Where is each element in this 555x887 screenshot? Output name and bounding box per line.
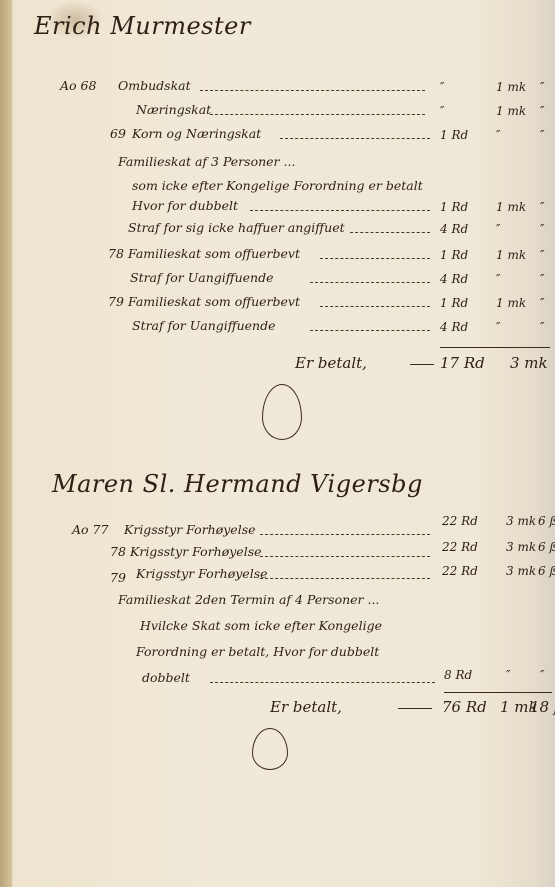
amount-sk: ″ xyxy=(540,104,544,118)
flourish-mark xyxy=(252,728,288,770)
entry-text: Straf for Uangiffuende xyxy=(132,320,276,333)
entry-text: Forordning er betalt, Hvor for dubbelt xyxy=(136,646,379,659)
amount-mk: 1 mk xyxy=(496,80,526,94)
leader-dots xyxy=(260,556,430,557)
amount-mk: ″ xyxy=(496,320,500,334)
leader-dots xyxy=(260,534,430,535)
amount-mk: ″ xyxy=(506,668,510,682)
total-equals xyxy=(398,708,432,709)
amount-rd: 22 Rd xyxy=(442,514,478,528)
entry-year: 69 xyxy=(110,128,126,141)
entry-year: 78 xyxy=(110,546,126,559)
amount-sk: 6 ß xyxy=(538,514,555,528)
amount-mk: 1 mk xyxy=(496,200,526,214)
total-rd: 17 Rd xyxy=(440,354,485,372)
entry-text: Krigsstyr Forhøyelse xyxy=(136,568,268,581)
total-rd: 76 Rd xyxy=(442,698,487,716)
amount-mk: 3 mk xyxy=(506,564,536,578)
leader-dots xyxy=(250,210,430,211)
entry-text: Næringskat xyxy=(136,104,211,117)
amount-sk: ″ xyxy=(540,80,544,94)
amount-mk: 3 mk xyxy=(506,540,536,554)
leader-dots xyxy=(200,90,425,91)
amount-sk: ″ xyxy=(540,222,544,236)
amount-sk: ″ xyxy=(540,248,544,262)
entry-text: Straf for sig icke haffuer angiffuet xyxy=(128,222,345,235)
amount-sk: ″ xyxy=(540,128,544,142)
total-equals xyxy=(410,364,434,365)
amount-sk: ″ xyxy=(540,668,544,682)
entry-year: 79 xyxy=(110,572,126,585)
amount-rd: 1 Rd xyxy=(440,296,468,310)
entry-text: Familieskat af 3 Personer ... xyxy=(118,156,295,169)
leader-dots xyxy=(260,578,430,579)
amount-rd: ″ xyxy=(440,104,444,118)
leader-dots xyxy=(310,330,430,331)
total-rule xyxy=(444,692,552,693)
section-heading: Erich Murmester xyxy=(34,14,251,38)
leader-dots xyxy=(210,114,425,115)
amount-rd: 8 Rd xyxy=(444,668,472,682)
amount-rd: 22 Rd xyxy=(442,540,478,554)
amount-rd: 4 Rd xyxy=(440,222,468,236)
leader-dots xyxy=(320,306,430,307)
amount-rd: 4 Rd xyxy=(440,320,468,334)
leader-dots xyxy=(320,258,430,259)
amount-sk: 6 ß xyxy=(538,564,555,578)
total-sk: 18 ß xyxy=(530,698,555,716)
total-label: Er betalt, xyxy=(270,700,342,715)
section-heading: Maren Sl. Hermand Vigersbg xyxy=(52,472,423,496)
amount-sk: ″ xyxy=(540,272,544,286)
amount-rd: 1 Rd xyxy=(440,248,468,262)
leader-dots xyxy=(350,232,430,233)
entry-text: Korn og Næringskat xyxy=(132,128,261,141)
ledger-page: Erich Murmester Ao 68 Ombudskat ″ 1 mk ″… xyxy=(0,0,555,887)
amount-mk: 3 mk xyxy=(506,514,536,528)
amount-rd: 1 Rd xyxy=(440,200,468,214)
amount-rd: 4 Rd xyxy=(440,272,468,286)
leader-dots xyxy=(210,682,435,683)
entry-year: Ao 68 xyxy=(60,80,96,93)
amount-mk: 1 mk xyxy=(496,104,526,118)
leader-dots xyxy=(280,138,430,139)
leader-dots xyxy=(310,282,430,283)
amount-sk: ″ xyxy=(540,320,544,334)
total-mk: 3 mk xyxy=(510,354,548,372)
amount-sk: 6 ß xyxy=(538,540,555,554)
entry-text: Straf for Uangiffuende xyxy=(130,272,274,285)
entry-year: Ao 77 xyxy=(72,524,108,537)
amount-mk: 1 mk xyxy=(496,296,526,310)
entry-text: Familieskat 2den Termin af 4 Personer ..… xyxy=(118,594,379,607)
amount-rd: 1 Rd xyxy=(440,128,468,142)
amount-sk: ″ xyxy=(540,296,544,310)
amount-mk: 1 mk xyxy=(496,248,526,262)
amount-rd: ″ xyxy=(440,80,444,94)
amount-mk: ″ xyxy=(496,272,500,286)
entry-text: Ombudskat xyxy=(118,80,191,93)
entry-text: som icke efter Kongelige Forordning er b… xyxy=(132,180,423,193)
amount-rd: 22 Rd xyxy=(442,564,478,578)
flourish-mark xyxy=(262,384,302,440)
amount-sk: ″ xyxy=(540,200,544,214)
entry-year: 79 xyxy=(108,296,124,309)
entry-text: Hvor for dubbelt xyxy=(132,200,238,213)
entry-text: Familieskat som offuerbevt xyxy=(128,248,300,261)
total-label: Er betalt, xyxy=(295,356,367,371)
entry-text: Krigsstyr Forhøyelse xyxy=(124,524,256,537)
entry-text: Familieskat som offuerbevt xyxy=(128,296,300,309)
amount-mk: ″ xyxy=(496,222,500,236)
entry-year: 78 xyxy=(108,248,124,261)
page-binding-edge xyxy=(0,0,12,887)
amount-mk: ″ xyxy=(496,128,500,142)
entry-text: Krigsstyr Forhøyelse xyxy=(130,546,262,559)
entry-text: dobbelt xyxy=(142,672,190,685)
total-rule xyxy=(440,347,550,348)
entry-text: Hvilcke Skat som icke efter Kongelige xyxy=(140,620,382,633)
